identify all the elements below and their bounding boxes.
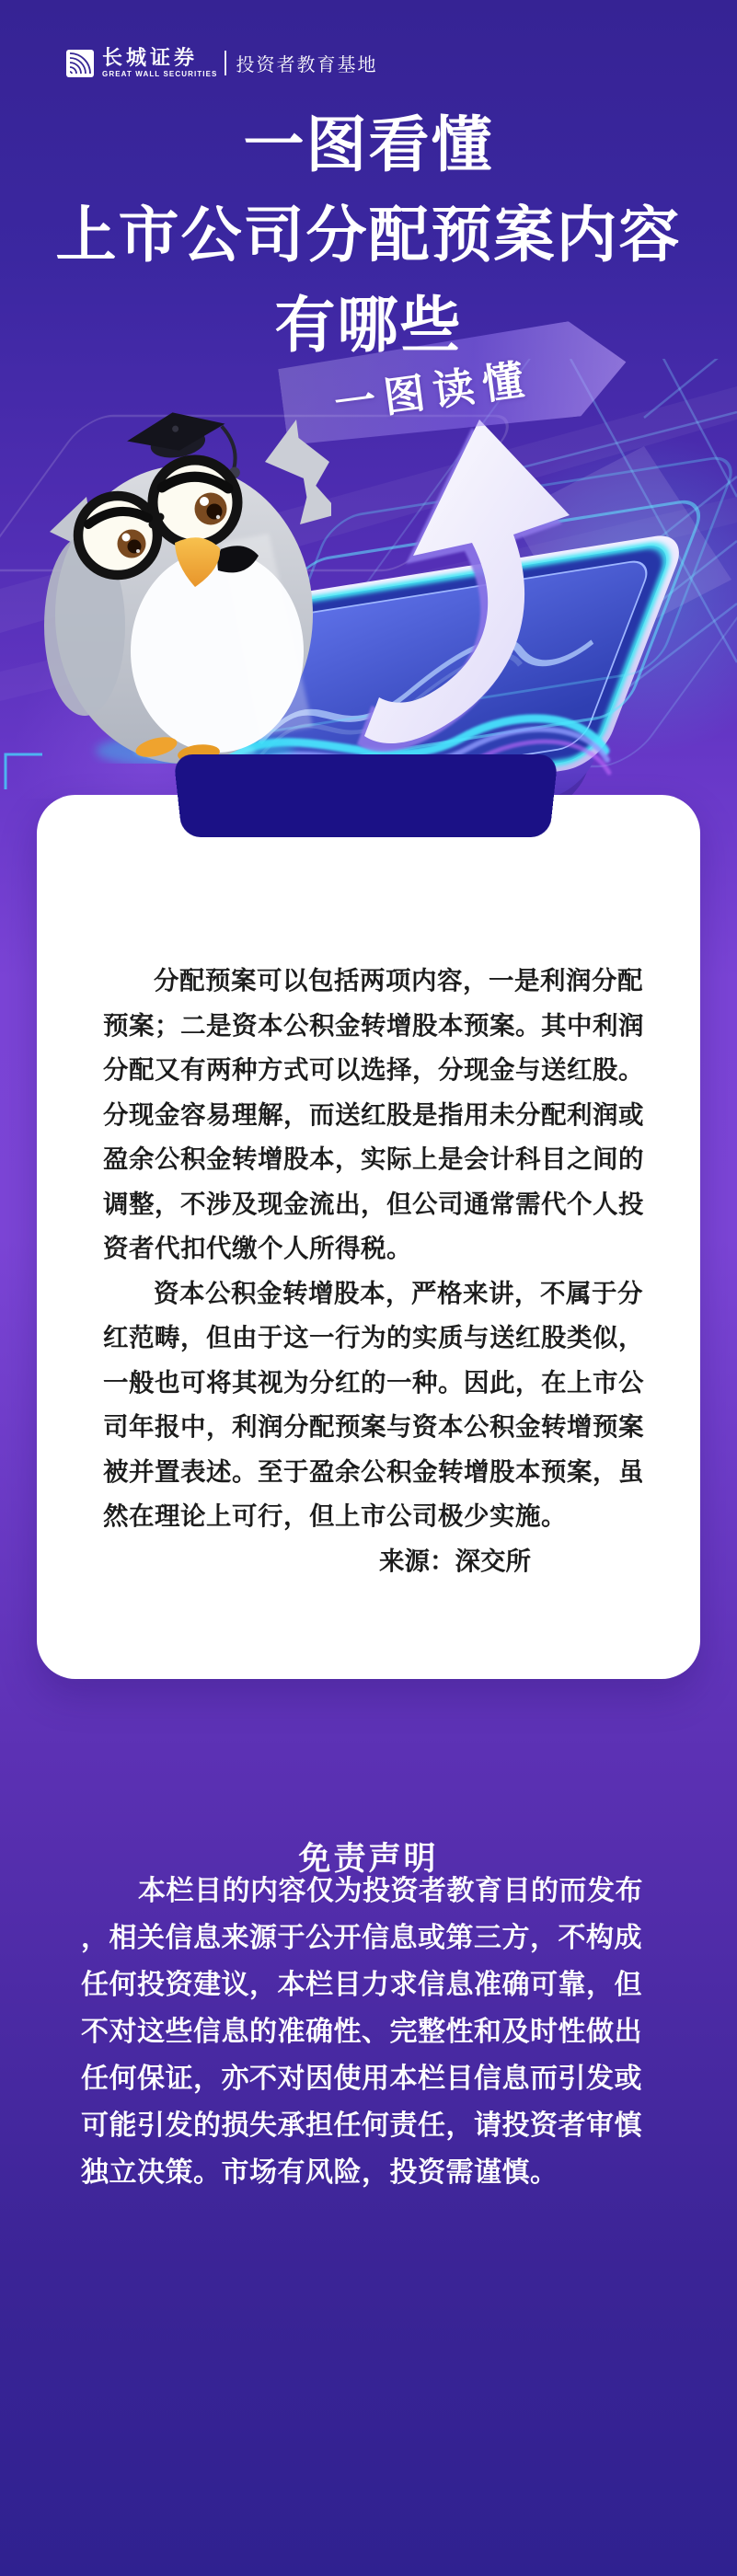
article-line: 预案；二是资本公积金转增股本预案。其中利润 xyxy=(103,1004,634,1049)
article-line: 盈余公积金转增股本，实际上是会计科目之间的 xyxy=(103,1137,634,1182)
article-line: 资本公积金转增股本，严格来讲，不属于分 xyxy=(103,1271,634,1317)
brand-header: 长城证券 GREAT WALL SECURITIES 投资者教育基地 xyxy=(66,48,377,78)
logo-divider xyxy=(225,51,226,75)
title-line-3: 有哪些 xyxy=(0,280,737,370)
disclaimer-line: 可能引发的损失承担任何责任，请投资者审慎 xyxy=(81,2102,656,2149)
disclaimer-line: 任何保证，亦不对因使用本栏目信息而引发或 xyxy=(81,2055,656,2102)
article-line: 分配又有两种方式可以选择，分现金与送红股。 xyxy=(103,1048,634,1093)
article-line: 然在理论上可行，但上市公司极少实施。 xyxy=(103,1494,634,1539)
article-line: 分现金容易理解，而送红股是指用未分配利润或 xyxy=(103,1093,634,1138)
title-line-2: 上市公司分配预案内容 xyxy=(0,190,737,280)
logo-mark-icon xyxy=(66,50,94,77)
article-line: 分配预案可以包括两项内容，一是利润分配 xyxy=(103,959,634,1004)
disclaimer-line: ，相关信息来源于公开信息或第三方，不构成 xyxy=(81,1915,656,1961)
disclaimer-line: 任何投资建议，本栏目力求信息准确可靠，但 xyxy=(81,1961,656,2008)
article-source: 来源：深交所 xyxy=(103,1539,634,1584)
brand-tagline: 投资者教育基地 xyxy=(236,50,377,76)
owl-mascot-icon xyxy=(37,405,331,764)
article-paragraph-1: 分配预案可以包括两项内容，一是利润分配 预案；二是资本公积金转增股本预案。其中利… xyxy=(103,959,634,1271)
article-line: 调整，不涉及现金流出，但公司通常需代个人投 xyxy=(103,1182,634,1227)
brand-wordmark: 长城证券 GREAT WALL SECURITIES xyxy=(102,48,217,78)
article-line: 被并置表述。至于盈余公积金转增股本预案，虽 xyxy=(103,1450,634,1495)
card-tab xyxy=(173,754,559,837)
disclaimer-line: 独立决策。市场有风险，投资需谨慎。 xyxy=(81,2149,656,2196)
owl-wing-feathers xyxy=(265,420,331,524)
disclaimer-text: 本栏目的内容仅为投资者教育目的而发布 ，相关信息来源于公开信息或第三方，不构成 … xyxy=(81,1868,656,2196)
article-line: 司年报中，利润分配预案与资本公积金转增预案 xyxy=(103,1405,634,1450)
disclaimer-line: 本栏目的内容仅为投资者教育目的而发布 xyxy=(81,1868,656,1915)
article-line: 红范畴，但由于这一行为的实质与送红股类似， xyxy=(103,1316,634,1361)
brand-name-cn: 长城证券 xyxy=(102,48,217,68)
poster: 长城证券 GREAT WALL SECURITIES 投资者教育基地 一图看懂 … xyxy=(0,0,737,2576)
poster-title: 一图看懂 上市公司分配预案内容 有哪些 xyxy=(0,99,737,370)
article-line: 一般也可将其视为分红的一种。因此，在上市公 xyxy=(103,1361,634,1406)
title-line-1: 一图看懂 xyxy=(0,99,737,190)
disclaimer-line: 不对这些信息的准确性、完整性和及时性做出 xyxy=(81,2008,656,2055)
brand-name-en: GREAT WALL SECURITIES xyxy=(102,70,217,78)
article-paragraph-2: 资本公积金转增股本，严格来讲，不属于分 红范畴，但由于这一行为的实质与送红股类似… xyxy=(103,1271,634,1539)
content-card: 分配预案可以包括两项内容，一是利润分配 预案；二是资本公积金转增股本预案。其中利… xyxy=(37,795,700,1679)
article-line: 资者代扣代缴个人所得税。 xyxy=(103,1226,634,1271)
